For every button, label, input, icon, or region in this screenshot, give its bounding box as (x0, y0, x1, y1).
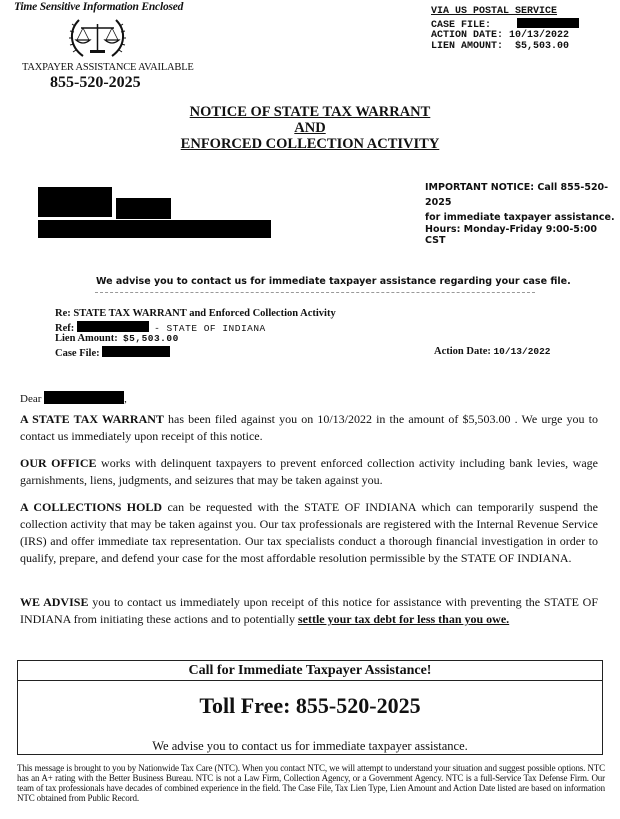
paragraph-lead: A STATE TAX WARRANT (20, 412, 164, 426)
paragraph-we-advise: WE ADVISE you to contact us immediately … (20, 594, 598, 628)
redacted-address (38, 220, 271, 238)
redacted-case-file (517, 18, 579, 28)
lien-label: Lien Amount: (55, 333, 118, 344)
paragraph-our-office: OUR OFFICE works with delinquent taxpaye… (20, 455, 598, 489)
cta-footer: We advise you to contact us for immediat… (18, 739, 602, 754)
lien-amount-value: $5,503.00 (515, 41, 569, 52)
divider (95, 292, 535, 293)
toll-free-phone: Toll Free: 855-520-2025 (18, 693, 602, 719)
lien-amount-row: LIEN AMOUNT: $5,503.00 (431, 42, 579, 53)
reference-block: Re: STATE TAX WARRANT and Enforced Colle… (55, 308, 336, 358)
title-line-3: ENFORCED COLLECTION ACTIVITY (0, 136, 620, 152)
paragraph-warrant: A STATE TAX WARRANT has been filed again… (20, 411, 598, 445)
redacted-ref-number (77, 321, 149, 332)
mailing-block: VIA US POSTAL SERVICE CASE FILE: ACTION … (431, 7, 579, 52)
re-label: Re: (55, 308, 71, 319)
action-date-label: Action Date: (434, 346, 491, 357)
notice-title: NOTICE OF STATE TAX WARRANT AND ENFORCED… (0, 104, 620, 152)
redacted-case-file (102, 346, 170, 357)
header-phone-number: 855-520-2025 (50, 74, 141, 92)
case-file-label: CASE FILE: (431, 20, 491, 31)
time-sensitive-tagline: Time Sensitive Information Enclosed (14, 1, 183, 13)
ref-label: Ref: (55, 323, 74, 334)
settle-debt-emphasis: settle your tax debt for less than you o… (298, 612, 509, 626)
disclaimer: This message is brought to you by Nation… (17, 763, 605, 803)
advise-banner: We advise you to contact us for immediat… (96, 276, 571, 287)
case-file-label: Case File: (55, 348, 100, 359)
paragraph-text: works with delinquent taxpayers to preve… (20, 456, 598, 487)
title-line-1: NOTICE OF STATE TAX WARRANT (0, 104, 620, 120)
case-file-line: Case File: (55, 346, 336, 359)
action-date: Action Date: 10/13/2022 (434, 346, 551, 357)
action-date-value: 10/13/2022 (509, 30, 569, 41)
salutation-text: Dear (20, 393, 41, 405)
action-date-value: 10/13/2022 (493, 346, 550, 357)
ref-line: Ref: - STATE OF INDIANA (55, 321, 336, 334)
cta-heading: Call for Immediate Taxpayer Assistance! (18, 661, 602, 681)
salutation: Dear , (20, 391, 127, 405)
title-line-2: AND (0, 120, 620, 136)
important-notice: IMPORTANT NOTICE: Call 855-520-2025 for … (425, 180, 620, 225)
scales-of-justice-icon (65, 14, 130, 60)
taxpayer-assistance-label: TAXPAYER ASSISTANCE AVAILABLE (22, 62, 194, 73)
re-line: Re: STATE TAX WARRANT and Enforced Colle… (55, 308, 336, 321)
action-date-label: ACTION DATE: (431, 30, 503, 41)
redacted-address (116, 198, 171, 219)
salutation-punct: , (124, 393, 127, 405)
paragraph-lead: OUR OFFICE (20, 456, 97, 470)
paragraph-collections-hold: A COLLECTIONS HOLD can be requested with… (20, 499, 598, 567)
paragraph-lead: WE ADVISE (20, 595, 88, 609)
redacted-name (44, 391, 124, 404)
call-to-action-box: Call for Immediate Taxpayer Assistance! … (17, 660, 603, 755)
important-notice-line-2: for immediate taxpayer assistance. (425, 210, 620, 225)
case-file-row: CASE FILE: (431, 18, 579, 32)
lien-value: $5,503.00 (123, 333, 179, 344)
lien-amount-label: LIEN AMOUNT: (431, 41, 503, 52)
important-notice-line-1: IMPORTANT NOTICE: Call 855-520-2025 (425, 180, 620, 210)
lien-line: Lien Amount: $5,503.00 (55, 333, 336, 346)
office-hours: Hours: Monday-Friday 9:00-5:00 CST (425, 224, 620, 246)
paragraph-lead: A COLLECTIONS HOLD (20, 500, 162, 514)
postal-service-line: VIA US POSTAL SERVICE (431, 7, 579, 18)
ref-state: - STATE OF INDIANA (154, 323, 266, 334)
redacted-address (38, 187, 112, 217)
re-text: STATE TAX WARRANT and Enforced Collectio… (73, 308, 335, 319)
